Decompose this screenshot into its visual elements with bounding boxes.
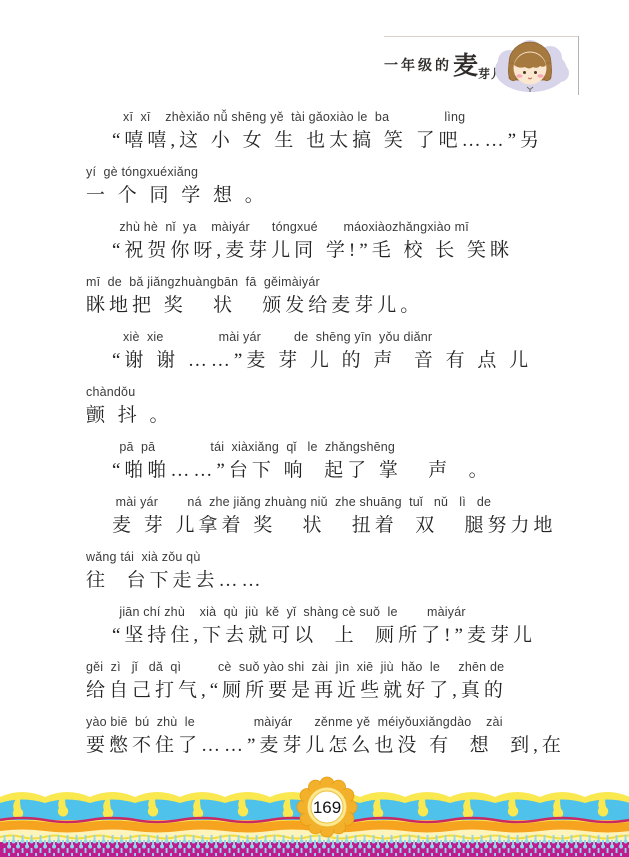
- text-line: yào biē bú zhù le màiyár zěnme yě méiyǒu…: [86, 715, 556, 759]
- pinyin-line: mī de bǎ jiǎngzhuàngbān fā gěimàiyár: [86, 275, 556, 290]
- pinyin-line: mài yár ná zhe jiǎng zhuàng niǔ zhe shuā…: [112, 495, 556, 510]
- hanzi-line: 颤 抖 。: [86, 403, 556, 429]
- text-line: yí gè tóngxuéxiǎng 一 个 同 学 想 。: [86, 165, 556, 209]
- text-line: chàndǒu 颤 抖 。: [86, 385, 556, 429]
- hanzi-line: “祝贺你呀,麦芽儿同 学!”毛 校 长 笑眯: [112, 238, 556, 264]
- text-line: gěi zì jǐ dǎ qì cè suǒ yào shi zài jìn x…: [86, 660, 556, 704]
- pinyin-line: yí gè tóngxuéxiǎng: [86, 165, 556, 180]
- footer-decoration: 169: [0, 776, 629, 857]
- page-number-badge: 169: [290, 776, 364, 840]
- pinyin-line: xī xī zhèxiǎo nǚ shēng yě tài gǎoxiào le…: [112, 110, 556, 125]
- hanzi-line: “坚持住,下去就可以 上 厕所了!”麦芽儿: [112, 623, 556, 649]
- hanzi-line: 眯地把 奖 状 颁发给麦芽儿。: [86, 293, 556, 319]
- book-title-prefix: 一年级的: [384, 59, 452, 74]
- pinyin-line: pā pā tái xiàxiǎng qǐ le zhǎngshēng: [112, 440, 556, 455]
- story-text: xī xī zhèxiǎo nǚ shēng yě tài gǎoxiào le…: [86, 110, 556, 770]
- pinyin-line: wǎng tái xià zǒu qù: [86, 550, 556, 565]
- pinyin-line: chàndǒu: [86, 385, 556, 400]
- text-line: xī xī zhèxiǎo nǚ shēng yě tài gǎoxiào le…: [86, 110, 556, 154]
- book-title: 一年级的麦芽儿: [384, 46, 504, 80]
- text-line: pā pā tái xiàxiǎng qǐ le zhǎngshēng “啪啪……: [86, 440, 556, 484]
- pinyin-line: yào biē bú zhù le màiyár zěnme yě méiyǒu…: [86, 715, 556, 730]
- hanzi-line: 往 台下走去……: [86, 568, 556, 594]
- text-line: mī de bǎ jiǎngzhuàngbān fā gěimàiyár 眯地把…: [86, 275, 556, 319]
- pinyin-line: gěi zì jǐ dǎ qì cè suǒ yào shi zài jìn x…: [86, 660, 556, 675]
- girl-illustration: [490, 31, 572, 95]
- text-line: wǎng tái xià zǒu qù 往 台下走去……: [86, 550, 556, 594]
- hanzi-line: “嘻嘻,这 小 女 生 也太搞 笑 了吧……”另: [112, 128, 556, 154]
- hanzi-line: 给自己打气,“厕所要是再近些就好了,真的: [86, 678, 556, 704]
- book-title-main: 麦: [453, 53, 478, 80]
- text-line: zhù hè nǐ ya màiyár tóngxué máoxiàozhǎng…: [86, 220, 556, 264]
- pinyin-line: xiè xie mài yár de shēng yīn yǒu diǎnr: [112, 330, 556, 345]
- hanzi-line: “啪啪……”台下 响 起了 掌 声 。: [112, 458, 556, 484]
- hanzi-line: 麦 芽 儿拿着 奖 状 扭着 双 腿努力地: [112, 513, 556, 539]
- pinyin-line: zhù hè nǐ ya màiyár tóngxué máoxiàozhǎng…: [112, 220, 556, 235]
- page-number: 169: [313, 798, 341, 817]
- pinyin-line: jiān chí zhù xià qù jiù kě yǐ shàng cè s…: [112, 605, 556, 620]
- hanzi-line: 要憋不住了……”麦芽儿怎么也没 有 想 到,在: [86, 733, 556, 759]
- book-page: 一年级的麦芽儿 xī xī zhèxiǎo nǚ: [0, 0, 629, 857]
- header-right-rule: [578, 36, 579, 95]
- hanzi-line: 一 个 同 学 想 。: [86, 183, 556, 209]
- text-line: xiè xie mài yár de shēng yīn yǒu diǎnr “…: [86, 330, 556, 374]
- text-line: jiān chí zhù xià qù jiù kě yǐ shàng cè s…: [86, 605, 556, 649]
- hanzi-line: “谢 谢 ……”麦 芽 儿 的 声 音 有 点 儿: [112, 348, 556, 374]
- text-line: mài yár ná zhe jiǎng zhuàng niǔ zhe shuā…: [86, 495, 556, 539]
